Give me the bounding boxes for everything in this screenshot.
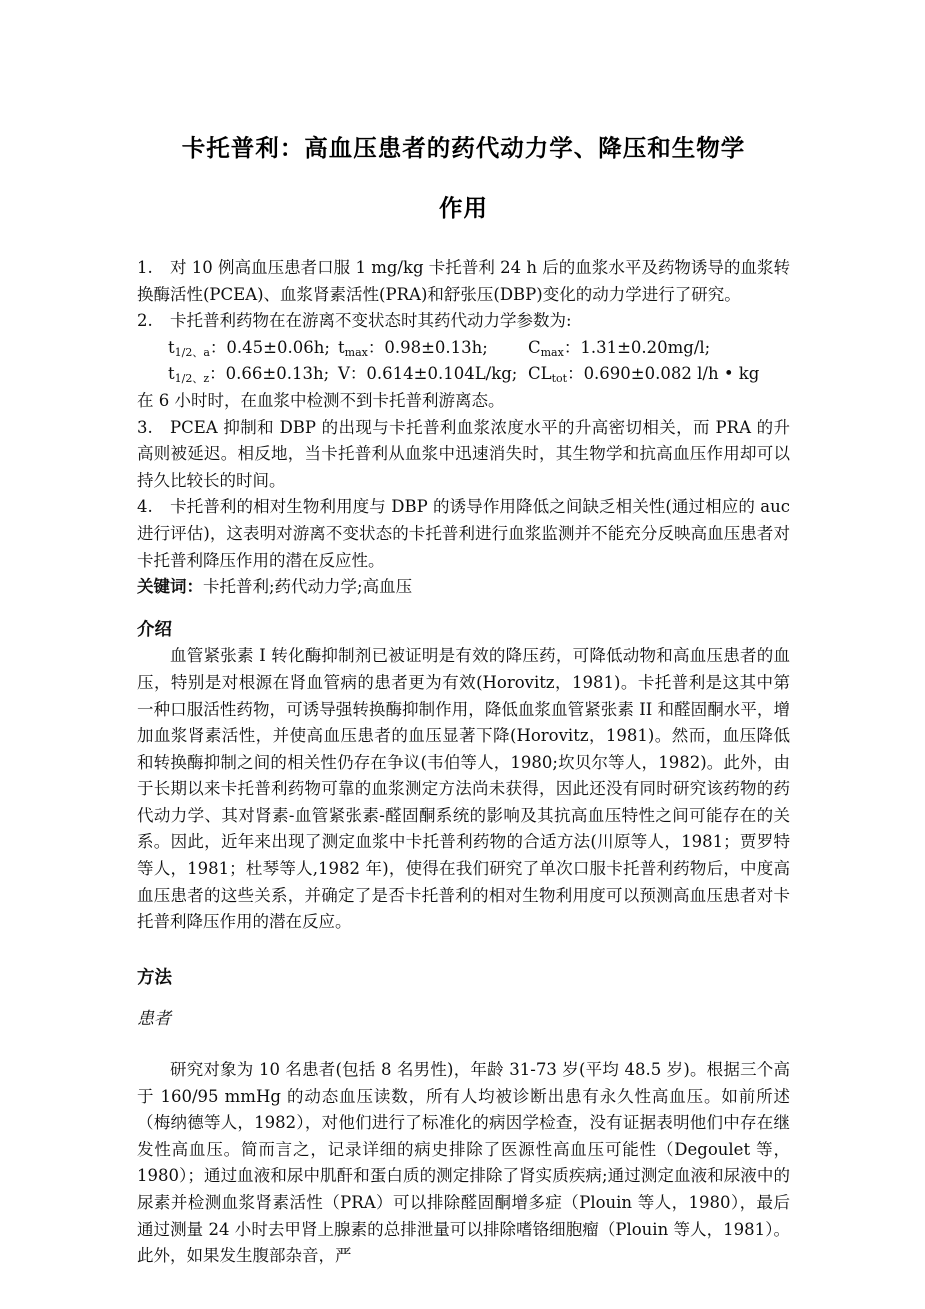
pk-parameters-row-1: t1/2、a：0.45±0.06h; tmax：0.98±0.13h; Cmax… bbox=[168, 335, 790, 362]
no-detection-note: 在 6 小时时，在血浆中检测不到卡托普利游离态。 bbox=[137, 388, 790, 415]
abstract-item-3: 3.PCEA 抑制和 DBP 的出现与卡托普利血浆浓度水平的升高密切相关，而 P… bbox=[137, 415, 790, 495]
patients-subheading: 患者 bbox=[137, 1006, 790, 1033]
abstract-item-3-text: PCEA 抑制和 DBP 的出现与卡托普利血浆浓度水平的升高密切相关，而 PRA… bbox=[137, 418, 790, 490]
document-title: 卡托普利：高血压患者的药代动力学、降压和生物学 作用 bbox=[137, 118, 790, 238]
keywords-text: 卡托普利;药代动力学;高血压 bbox=[203, 577, 412, 596]
abstract-item-4-number: 4. bbox=[137, 494, 170, 521]
pk-param-t-max: tmax：0.98±0.13h; bbox=[338, 335, 528, 362]
abstract-item-4-text: 卡托普利的相对生物利用度与 DBP 的诱导作用降低之间缺乏相关性(通过相应的 a… bbox=[137, 497, 790, 569]
document-title-line-1: 卡托普利：高血压患者的药代动力学、降压和生物学 bbox=[137, 118, 790, 178]
patients-paragraph: 研究对象为 10 名患者(包括 8 名男性)，年龄 31-73 岁(平均 48.… bbox=[137, 1057, 790, 1270]
abstract-item-2-text: 卡托普利药物在在游离不变状态时其药代动力学参数为: bbox=[170, 311, 572, 330]
keywords-line: 关键词：卡托普利;药代动力学;高血压 bbox=[137, 574, 790, 601]
pk-param-t-half-z: t1/2、z：0.66±0.13h; bbox=[168, 361, 338, 388]
document-title-line-2: 作用 bbox=[137, 178, 790, 238]
abstract-item-2-number: 2. bbox=[137, 308, 170, 335]
abstract-section: 1.对 10 例高血压患者口服 1 mg/kg 卡托普利 24 h 后的血浆水平… bbox=[137, 255, 790, 601]
abstract-item-1-number: 1. bbox=[137, 255, 170, 282]
pk-param-cl-tot: CLtot：0.690±0.082 l/h • kg bbox=[528, 361, 790, 388]
keywords-label: 关键词： bbox=[137, 577, 203, 596]
document-page: 卡托普利：高血压患者的药代动力学、降压和生物学 作用 1.对 10 例高血压患者… bbox=[0, 0, 925, 1309]
introduction-heading: 介绍 bbox=[137, 617, 790, 644]
abstract-item-4: 4.卡托普利的相对生物利用度与 DBP 的诱导作用降低之间缺乏相关性(通过相应的… bbox=[137, 494, 790, 574]
abstract-item-1: 1.对 10 例高血压患者口服 1 mg/kg 卡托普利 24 h 后的血浆水平… bbox=[137, 255, 790, 308]
pk-param-t-half-a: t1/2、a：0.45±0.06h; bbox=[168, 335, 338, 362]
methods-heading: 方法 bbox=[137, 965, 790, 992]
abstract-item-2: 2.卡托普利药物在在游离不变状态时其药代动力学参数为: bbox=[137, 308, 790, 335]
abstract-item-1-text: 对 10 例高血压患者口服 1 mg/kg 卡托普利 24 h 后的血浆水平及药… bbox=[137, 258, 790, 304]
pk-param-v: V：0.614±0.104L/kg; bbox=[338, 361, 528, 388]
introduction-paragraph: 血管紧张素 I 转化酶抑制剂已被证明是有效的降压药，可降低动物和高血压患者的血压… bbox=[137, 643, 790, 936]
pk-param-c-max: Cmax：1.31±0.20mg/l; bbox=[528, 335, 790, 362]
abstract-item-3-number: 3. bbox=[137, 415, 170, 442]
pk-parameters-row-2: t1/2、z：0.66±0.13h; V：0.614±0.104L/kg; CL… bbox=[168, 361, 790, 388]
